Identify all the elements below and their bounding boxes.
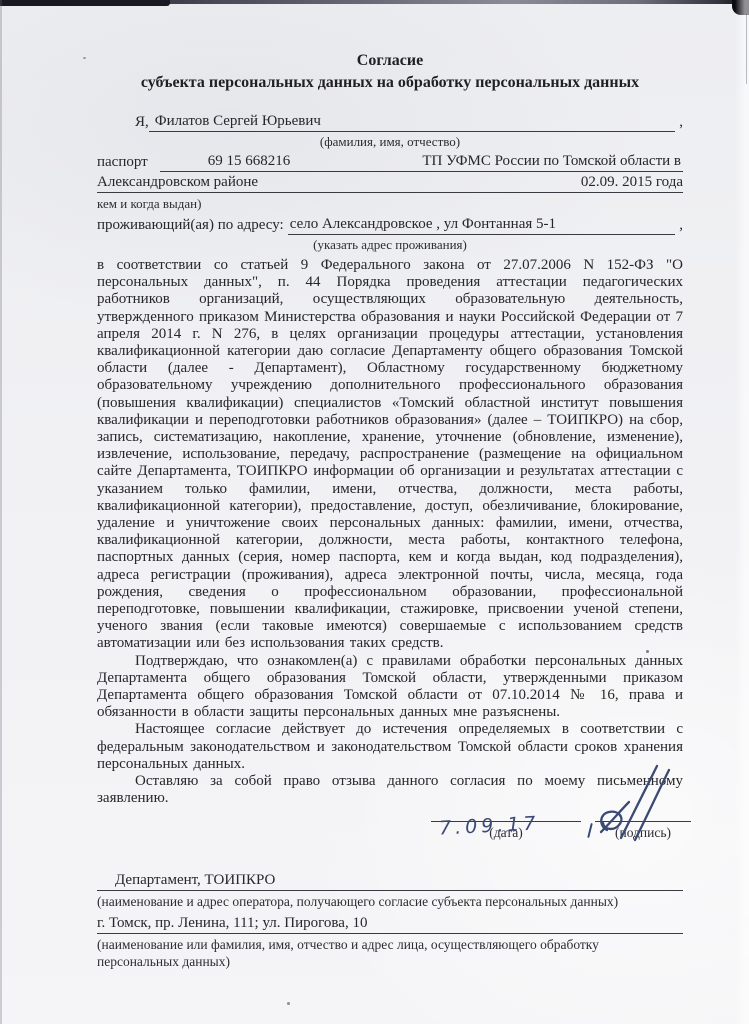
passport-issuer: ТП УФМС России по Томской области в (422, 151, 683, 171)
address-suffix: , (675, 215, 683, 235)
passport-issue-date: 02.09. 2015 года (581, 172, 683, 192)
operator-caption: (наименование и адрес оператора, получаю… (97, 893, 683, 910)
scan-speck (83, 57, 86, 59)
signature-field: (подпись) (595, 792, 691, 840)
address-caption: (указать адрес проживания) (97, 237, 683, 252)
address-label: проживающий(ая) по адресу: (97, 215, 288, 235)
scan-speck (287, 1002, 290, 1005)
passport-number: 69 15 668216 (160, 151, 291, 171)
passport-field-row: паспорт 69 15 668216 ТП УФМС России по Т… (97, 151, 683, 172)
consent-paragraph-1: в соответствии со статьей 9 Федерального… (97, 257, 683, 653)
document-content: Согласие субъекта персональных данных на… (97, 50, 683, 970)
name-value: Филатов Сергей Юрьевич (149, 113, 321, 129)
consent-paragraph-2: Подтверждаю, что ознакомлен(а) с правила… (97, 653, 683, 722)
document-title: Согласие субъекта персональных данных на… (97, 50, 683, 94)
title-line-1: Согласие (97, 50, 683, 72)
date-field: 7.09.17 (дата) (431, 792, 581, 840)
passport-field-row-2: Александровском районе 02.09. 2015 года (97, 172, 683, 193)
signature-block: 7.09.17 (дата) (подпись) (97, 792, 683, 840)
operator-field: Департамент, ТОИПКРО (97, 870, 683, 891)
passport-issuer-line2: Александровском районе (97, 172, 268, 192)
scan-artifact-left-edge (0, 0, 2, 1024)
name-underline: Филатов Сергей Юрьевич (149, 111, 675, 132)
processor-field: г. Томск, пр. Ленина, 111; ул. Пирогова,… (97, 913, 683, 934)
name-suffix: , (675, 112, 683, 132)
processor-value: г. Томск, пр. Ленина, 111; ул. Пирогова,… (97, 915, 367, 931)
operator-block: Департамент, ТОИПКРО (наименование и адр… (97, 870, 683, 970)
processor-caption: (наименование или фамилия, имя, отчество… (97, 936, 683, 970)
scan-artifact-top-left-edge (0, 0, 170, 6)
scan-artifact-right-line (746, 14, 747, 84)
scan-artifact-right-edge (735, 0, 749, 1024)
handwritten-signature (591, 762, 695, 846)
title-line-2: субъекта персональных данных на обработк… (97, 72, 683, 94)
address-underline: село Александровское , ул Фонтанная 5-1 (288, 214, 676, 235)
name-field-row: Я, Филатов Сергей Юрьевич , (97, 111, 683, 132)
passport-underline: 69 15 668216 ТП УФМС России по Томской о… (160, 151, 683, 172)
address-value: село Александровское , ул Фонтанная 5-1 (288, 216, 556, 232)
scanned-document-page: Согласие субъекта персональных данных на… (0, 0, 749, 1024)
name-caption: (фамилия, имя, отчество) (97, 134, 683, 149)
passport-caption: кем и когда выдан) (97, 196, 683, 211)
name-prefix: Я, (97, 112, 149, 132)
handwritten-date: 7.09.17 (439, 816, 540, 838)
operator-value: Департамент, ТОИПКРО (97, 872, 275, 888)
passport-label: паспорт (97, 152, 160, 172)
address-field-row: проживающий(ая) по адресу: село Александ… (97, 214, 683, 235)
